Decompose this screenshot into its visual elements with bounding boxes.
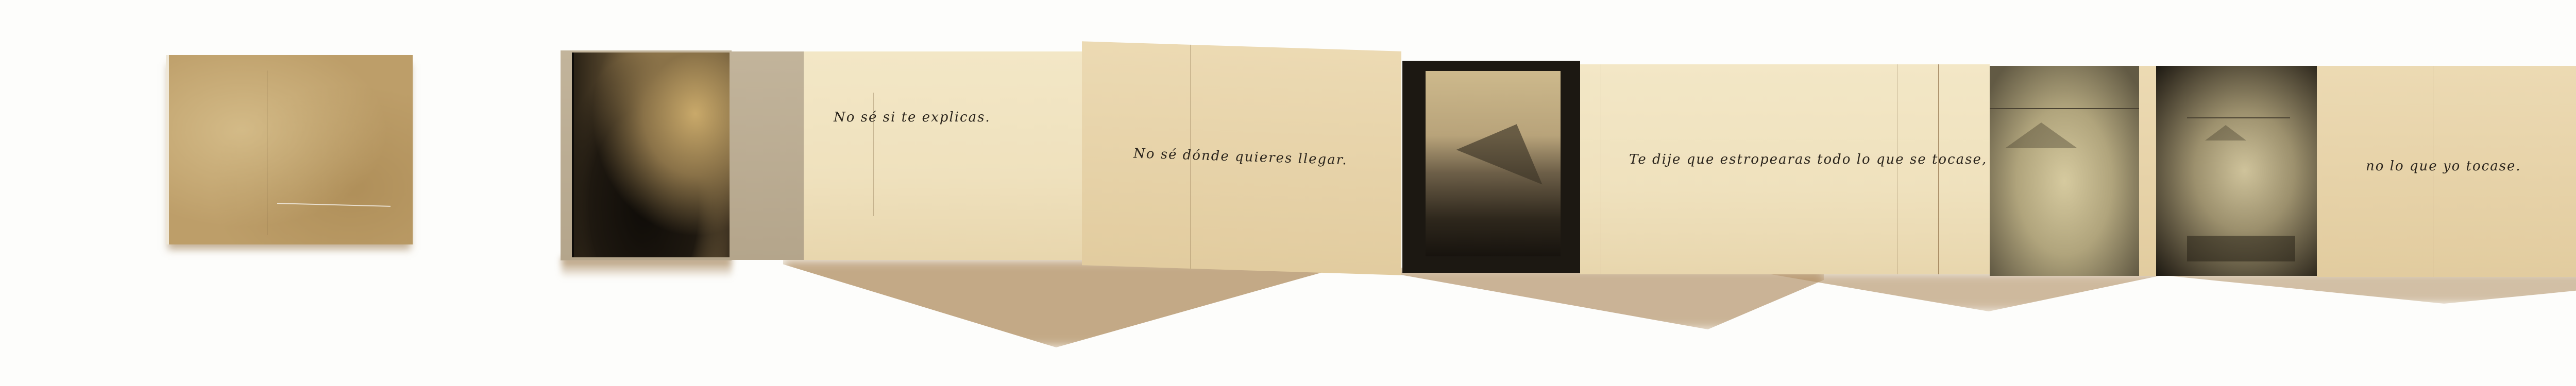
photo-woman [572,52,730,257]
panel-photo-hanger-2 [2156,66,2317,276]
shadow [2138,273,2576,304]
closed-book-cover [166,55,413,244]
handwritten-text: No sé dónde quieres llegar. [1133,146,1348,168]
handwritten-text: Te dije que estropearas todo lo que se t… [1629,152,1987,167]
panel-text-2: No sé dónde quieres llegar. [1082,41,1401,275]
panel-blank [732,51,804,260]
panel-text-3: Te dije que estropearas todo lo que se t… [1580,64,1990,274]
shadow [783,260,1329,347]
panel-text-1: No sé si te explicas. [804,51,1082,260]
hanger-rail [2187,117,2290,118]
hanger-rail [1990,108,2139,109]
handwritten-text: No sé si te explicas. [834,110,991,125]
cover-crease [267,71,267,235]
hanger-icon [2205,125,2246,141]
hanger-icon [2005,122,2077,148]
panel-photo-woman [561,50,732,260]
shadow [1360,268,1824,329]
handwritten-text: no lo que yo tocase. [2366,159,2521,174]
shadow [562,257,732,278]
panel-gap [2139,66,2156,276]
torn-edge [1938,64,1939,274]
crease-line [1897,64,1897,274]
panel-photo-hanger-1 [1990,66,2139,276]
cover-scratch [277,203,391,207]
crease-line [1601,64,1601,274]
closet-shelf [2187,236,2295,261]
shadow [1762,273,2174,311]
panel-photo-house [1402,61,1580,273]
panel-text-4: no lo que yo tocase. [2317,66,2576,277]
